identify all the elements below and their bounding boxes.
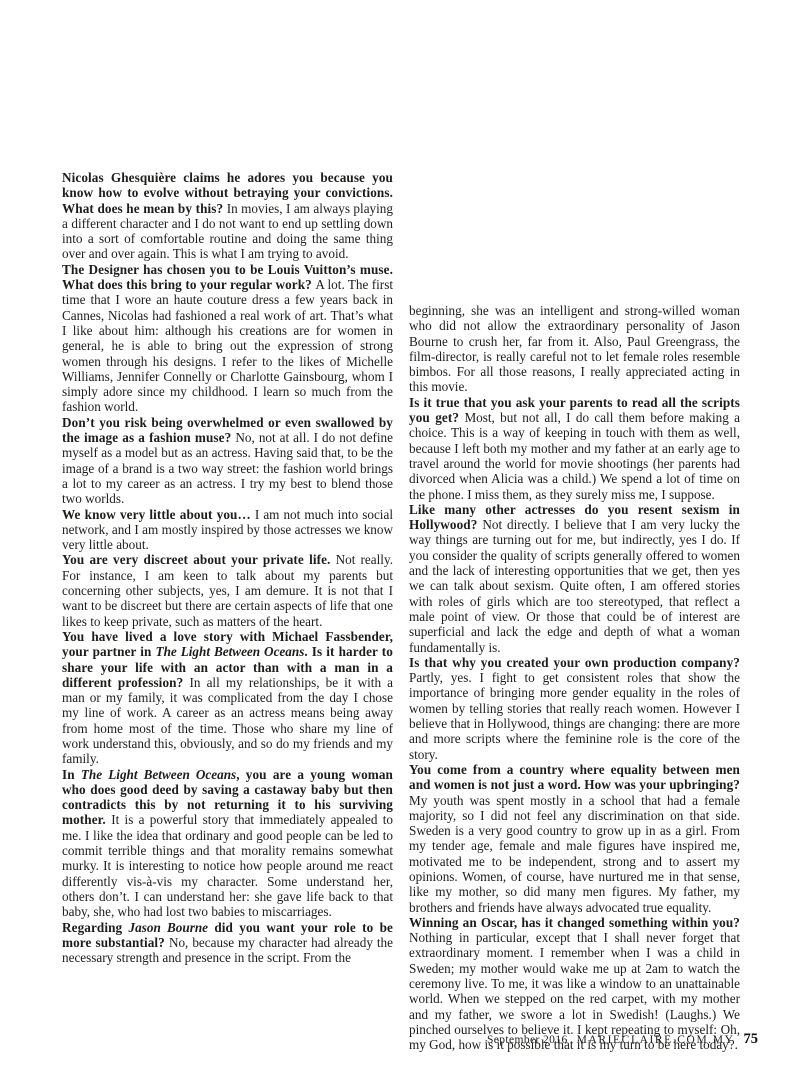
question-text: You are very discreet about your private… [62,552,336,567]
website-url: MARIECLAIRE.COM.MY [577,1034,735,1046]
qa-paragraph: beginning, she was an intelligent and st… [409,303,740,395]
qa-paragraph: Don’t you risk being overwhelmed or even… [62,415,393,507]
qa-paragraph: We know very little about you… I am not … [62,507,393,553]
page-footer: September 2016 MARIECLAIRE.COM.MY 75 [487,1031,758,1048]
answer-text: My youth was spent mostly in a school th… [409,793,740,915]
answer-text: It is a powerful story that immediately … [62,812,393,919]
article-column-left: Nicolas Ghesquière claims he adores you … [62,170,393,965]
qa-paragraph: You have lived a love story with Michael… [62,629,393,767]
question-text: You come from a country where equality b… [409,762,740,792]
answer-text: Partly, yes. I fight to get consistent r… [409,670,740,761]
question-text: Winning an Oscar, has it changed somethi… [409,915,740,930]
question-text: Is that why you created your own product… [409,655,740,670]
issue-date: September 2016 [487,1034,568,1046]
movie-title: Jason Bourne [129,920,208,935]
qa-paragraph: You are very discreet about your private… [62,552,393,628]
page-number: 75 [744,1031,759,1048]
qa-paragraph: Is it true that you ask your parents to … [409,395,740,502]
qa-paragraph: Regarding Jason Bourne did you want your… [62,920,393,966]
question-text: We know very little about you… [62,507,255,522]
qa-paragraph: Nicolas Ghesquière claims he adores you … [62,170,393,262]
qa-paragraph: Like many other actresses do you resent … [409,502,740,655]
article-column-right: beginning, she was an intelligent and st… [409,303,740,1053]
qa-paragraph: The Designer has chosen you to be Louis … [62,262,393,415]
magazine-page: Nicolas Ghesquière claims he adores you … [0,0,800,1073]
qa-paragraph: Is that why you created your own product… [409,655,740,762]
qa-paragraph: You come from a country where equality b… [409,762,740,915]
movie-title: The Light Between Oceans [81,767,236,782]
answer-text: A lot. The first time that I wore an hau… [62,277,393,414]
question-text: Regarding [62,920,129,935]
answer-text: beginning, she was an intelligent and st… [409,303,740,394]
answer-text: Not directly. I believe that I am very l… [409,517,740,654]
question-text: In [62,767,81,782]
movie-title: The Light Between Oceans [156,644,305,659]
qa-paragraph: In The Light Between Oceans, you are a y… [62,767,393,920]
